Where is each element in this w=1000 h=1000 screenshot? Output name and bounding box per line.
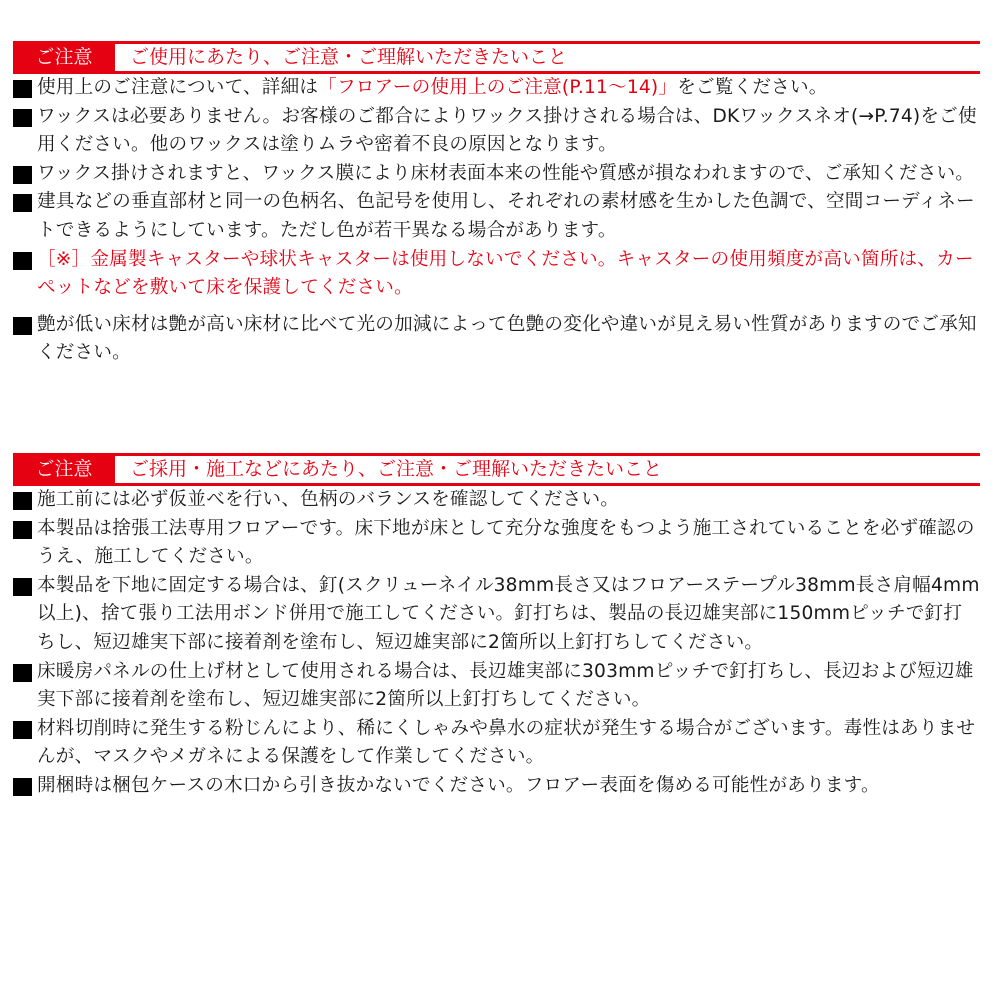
bullet-square-icon [13,578,32,596]
list-item: 材料切削時に発生する粉じんにより、稀にくしゃみや鼻水の症状が発生する場合がござい… [13,715,980,772]
list-item: 艶が低い床材は艶が高い床材に比べて光の加減によって色艶の変化や違いが見え易い性質… [13,311,980,368]
notice-tag: ご注意 [13,453,115,486]
section-title: ご採用・施工などにあたり、ご注意・ご理解いただきたいこと [130,456,662,483]
bullet-square-icon [13,492,32,510]
bullet-square-icon [13,317,32,335]
list-item: 床暖房パネルの仕上げ材として使用される場合は、長辺雄実部に303mmピッチで釘打… [13,658,980,715]
bullet-square-icon [13,109,32,127]
notice-list: 使用上のご注意について、詳細は「フロアーの使用上のご注意(P.11～14)」をご… [13,74,980,368]
section-title: ご使用にあたり、ご注意・ご理解いただきたいこと [130,44,567,71]
bullet-square-icon [13,80,32,98]
bullet-square-icon [13,194,32,212]
bullet-square-icon [13,778,32,796]
bullet-square-icon [13,252,32,270]
section-header: ご注意 ご使用にあたり、ご注意・ご理解いただきたいこと [13,41,980,74]
list-item-warning: ［※］金属製キャスターや球状キャスターは使用しないでください。キャスターの使用頻… [13,246,980,303]
list-item: 開梱時は梱包ケースの木口から引き抜かないでください。フロアー表面を傷める可能性が… [13,772,980,801]
list-item: 施工前には必ず仮並べを行い、色柄のバランスを確認してください。 [13,486,980,515]
installation-notice-section: ご注意 ご採用・施工などにあたり、ご注意・ご理解いただきたいこと 施工前には必ず… [13,453,980,801]
bullet-square-icon [13,664,32,682]
bullet-square-icon [13,521,32,539]
notice-tag: ご注意 [13,41,115,74]
list-item: 本製品は捨張工法専用フロアーです。床下地が床として充分な強度をもつよう施工されて… [13,515,980,572]
list-item: ワックス掛けされますと、ワックス膜により床材表面本来の性能や質感が損なわれますの… [13,160,980,189]
section-header: ご注意 ご採用・施工などにあたり、ご注意・ご理解いただきたいこと [13,453,980,486]
reference-link-text: 「フロアーの使用上のご注意(P.11～14)」 [318,77,677,98]
bullet-square-icon [13,166,32,184]
list-item: 使用上のご注意について、詳細は「フロアーの使用上のご注意(P.11～14)」をご… [13,74,980,103]
bullet-square-icon [13,721,32,739]
list-item: 本製品を下地に固定する場合は、釘(スクリューネイル38mm長さ又はフロアーステー… [13,572,980,658]
notice-list: 施工前には必ず仮並べを行い、色柄のバランスを確認してください。 本製品は捨張工法… [13,486,980,801]
usage-notice-section: ご注意 ご使用にあたり、ご注意・ご理解いただきたいこと 使用上のご注意について、… [13,41,980,368]
list-item: 建具などの垂直部材と同一の色柄名、色記号を使用し、それぞれの素材感を生かした色調… [13,188,980,245]
list-item: ワックスは必要ありません。お客様のご都合によりワックス掛けされる場合は、DKワッ… [13,103,980,160]
